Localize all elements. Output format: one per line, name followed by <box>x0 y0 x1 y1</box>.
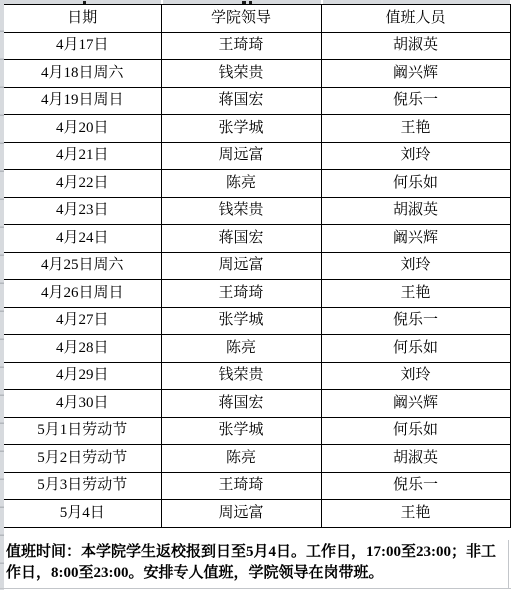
leader-cell[interactable]: 钱荣贵 <box>161 60 321 88</box>
table-row: 5月1日劳动节张学城何乐如 <box>4 417 510 445</box>
table-row: 4月23日钱荣贵胡淑英 <box>4 197 510 225</box>
staff-cell[interactable]: 刘玲 <box>321 252 510 280</box>
staff-cell[interactable]: 阚兴辉 <box>321 60 510 88</box>
staff-cell[interactable]: 刘玲 <box>321 142 510 170</box>
date-cell[interactable]: 4月23日 <box>4 197 161 225</box>
table-row: 5月3日劳动节王琦琦倪乐一 <box>4 472 510 500</box>
table-row: 4月25日周六周远富刘玲 <box>4 252 510 280</box>
table-row: 4月27日张学城倪乐一 <box>4 307 510 335</box>
date-cell[interactable]: 5月4日 <box>4 500 161 528</box>
duty-table-body: 日期 学院领导 值班人员 4月17日王琦琦胡淑英4月18日周六钱荣贵阚兴辉4月1… <box>4 5 510 528</box>
date-cell[interactable]: 4月20日 <box>4 115 161 143</box>
date-cell[interactable]: 4月27日 <box>4 307 161 335</box>
staff-cell[interactable]: 王艳 <box>321 115 510 143</box>
header-cell-date[interactable]: 日期 <box>4 5 161 33</box>
staff-cell[interactable]: 何乐如 <box>321 170 510 198</box>
leader-cell[interactable]: 周远富 <box>161 500 321 528</box>
staff-cell[interactable]: 倪乐一 <box>321 472 510 500</box>
leader-cell[interactable]: 张学城 <box>161 307 321 335</box>
date-cell[interactable]: 5月3日劳动节 <box>4 472 161 500</box>
table-row: 4月18日周六钱荣贵阚兴辉 <box>4 60 510 88</box>
staff-cell[interactable]: 王艳 <box>321 280 510 308</box>
table-row: 4月17日王琦琦胡淑英 <box>4 32 510 60</box>
table-row: 4月19日周日蒋国宏倪乐一 <box>4 87 510 115</box>
leader-cell[interactable]: 王琦琦 <box>161 32 321 60</box>
spreadsheet-screenshot: 日期 学院领导 值班人员 4月17日王琦琦胡淑英4月18日周六钱荣贵阚兴辉4月1… <box>0 0 515 595</box>
date-cell[interactable]: 4月30日 <box>4 390 161 418</box>
date-cell[interactable]: 4月19日周日 <box>4 87 161 115</box>
leader-cell[interactable]: 蒋国宏 <box>161 225 321 253</box>
duty-time-note: 值班时间：本学院学生返校报到日至5月4日。工作日，17:00至23:00；非工 … <box>6 542 508 584</box>
duty-roster-table: 日期 学院领导 值班人员 4月17日王琦琦胡淑英4月18日周六钱荣贵阚兴辉4月1… <box>4 4 511 528</box>
gridline-bottom <box>0 588 511 589</box>
table-row: 4月28日陈亮何乐如 <box>4 335 510 363</box>
date-cell[interactable]: 5月2日劳动节 <box>4 445 161 473</box>
leader-cell[interactable]: 张学城 <box>161 417 321 445</box>
leader-cell[interactable]: 王琦琦 <box>161 472 321 500</box>
leader-cell[interactable]: 周远富 <box>161 142 321 170</box>
table-row: 5月4日周远富王艳 <box>4 500 510 528</box>
staff-cell[interactable]: 倪乐一 <box>321 307 510 335</box>
date-cell[interactable]: 4月18日周六 <box>4 60 161 88</box>
staff-cell[interactable]: 胡淑英 <box>321 197 510 225</box>
table-row: 4月24日蒋国宏阚兴辉 <box>4 225 510 253</box>
date-cell[interactable]: 4月29日 <box>4 362 161 390</box>
table-row: 4月20日张学城王艳 <box>4 115 510 143</box>
staff-cell[interactable]: 阚兴辉 <box>321 390 510 418</box>
staff-cell[interactable]: 倪乐一 <box>321 87 510 115</box>
date-cell[interactable]: 4月28日 <box>4 335 161 363</box>
date-cell[interactable]: 4月17日 <box>4 32 161 60</box>
leader-cell[interactable]: 陈亮 <box>161 335 321 363</box>
table-row: 4月30日蒋国宏阚兴辉 <box>4 390 510 418</box>
duty-time-note-line1: 值班时间：本学院学生返校报到日至5月4日。工作日，17:00至23:00；非工 <box>6 542 508 563</box>
date-cell[interactable]: 5月1日劳动节 <box>4 417 161 445</box>
header-cell-leader[interactable]: 学院领导 <box>161 5 321 33</box>
duty-time-note-line2: 作日，8:00至23:00。安排专人值班，学院领导在岗带班。 <box>6 563 508 584</box>
leader-cell[interactable]: 钱荣贵 <box>161 362 321 390</box>
leader-cell[interactable]: 钱荣贵 <box>161 197 321 225</box>
staff-cell[interactable]: 胡淑英 <box>321 445 510 473</box>
table-row: 5月2日劳动节陈亮胡淑英 <box>4 445 510 473</box>
date-cell[interactable]: 4月22日 <box>4 170 161 198</box>
staff-cell[interactable]: 阚兴辉 <box>321 225 510 253</box>
staff-cell[interactable]: 胡淑英 <box>321 32 510 60</box>
table-row: 4月21日周远富刘玲 <box>4 142 510 170</box>
leader-cell[interactable]: 蒋国宏 <box>161 87 321 115</box>
leader-cell[interactable]: 陈亮 <box>161 170 321 198</box>
staff-cell[interactable]: 刘玲 <box>321 362 510 390</box>
gridline-right <box>508 540 509 588</box>
leader-cell[interactable]: 陈亮 <box>161 445 321 473</box>
leader-cell[interactable]: 周远富 <box>161 252 321 280</box>
table-row: 4月22日陈亮何乐如 <box>4 170 510 198</box>
date-cell[interactable]: 4月24日 <box>4 225 161 253</box>
date-cell[interactable]: 4月21日 <box>4 142 161 170</box>
staff-cell[interactable]: 何乐如 <box>321 417 510 445</box>
leader-cell[interactable]: 王琦琦 <box>161 280 321 308</box>
date-cell[interactable]: 4月26日周日 <box>4 280 161 308</box>
table-row: 4月26日周日王琦琦王艳 <box>4 280 510 308</box>
staff-cell[interactable]: 王艳 <box>321 500 510 528</box>
date-cell[interactable]: 4月25日周六 <box>4 252 161 280</box>
header-row: 日期 学院领导 值班人员 <box>4 5 510 33</box>
leader-cell[interactable]: 张学城 <box>161 115 321 143</box>
leader-cell[interactable]: 蒋国宏 <box>161 390 321 418</box>
table-row: 4月29日钱荣贵刘玲 <box>4 362 510 390</box>
staff-cell[interactable]: 何乐如 <box>321 335 510 363</box>
header-cell-staff[interactable]: 值班人员 <box>321 5 510 33</box>
